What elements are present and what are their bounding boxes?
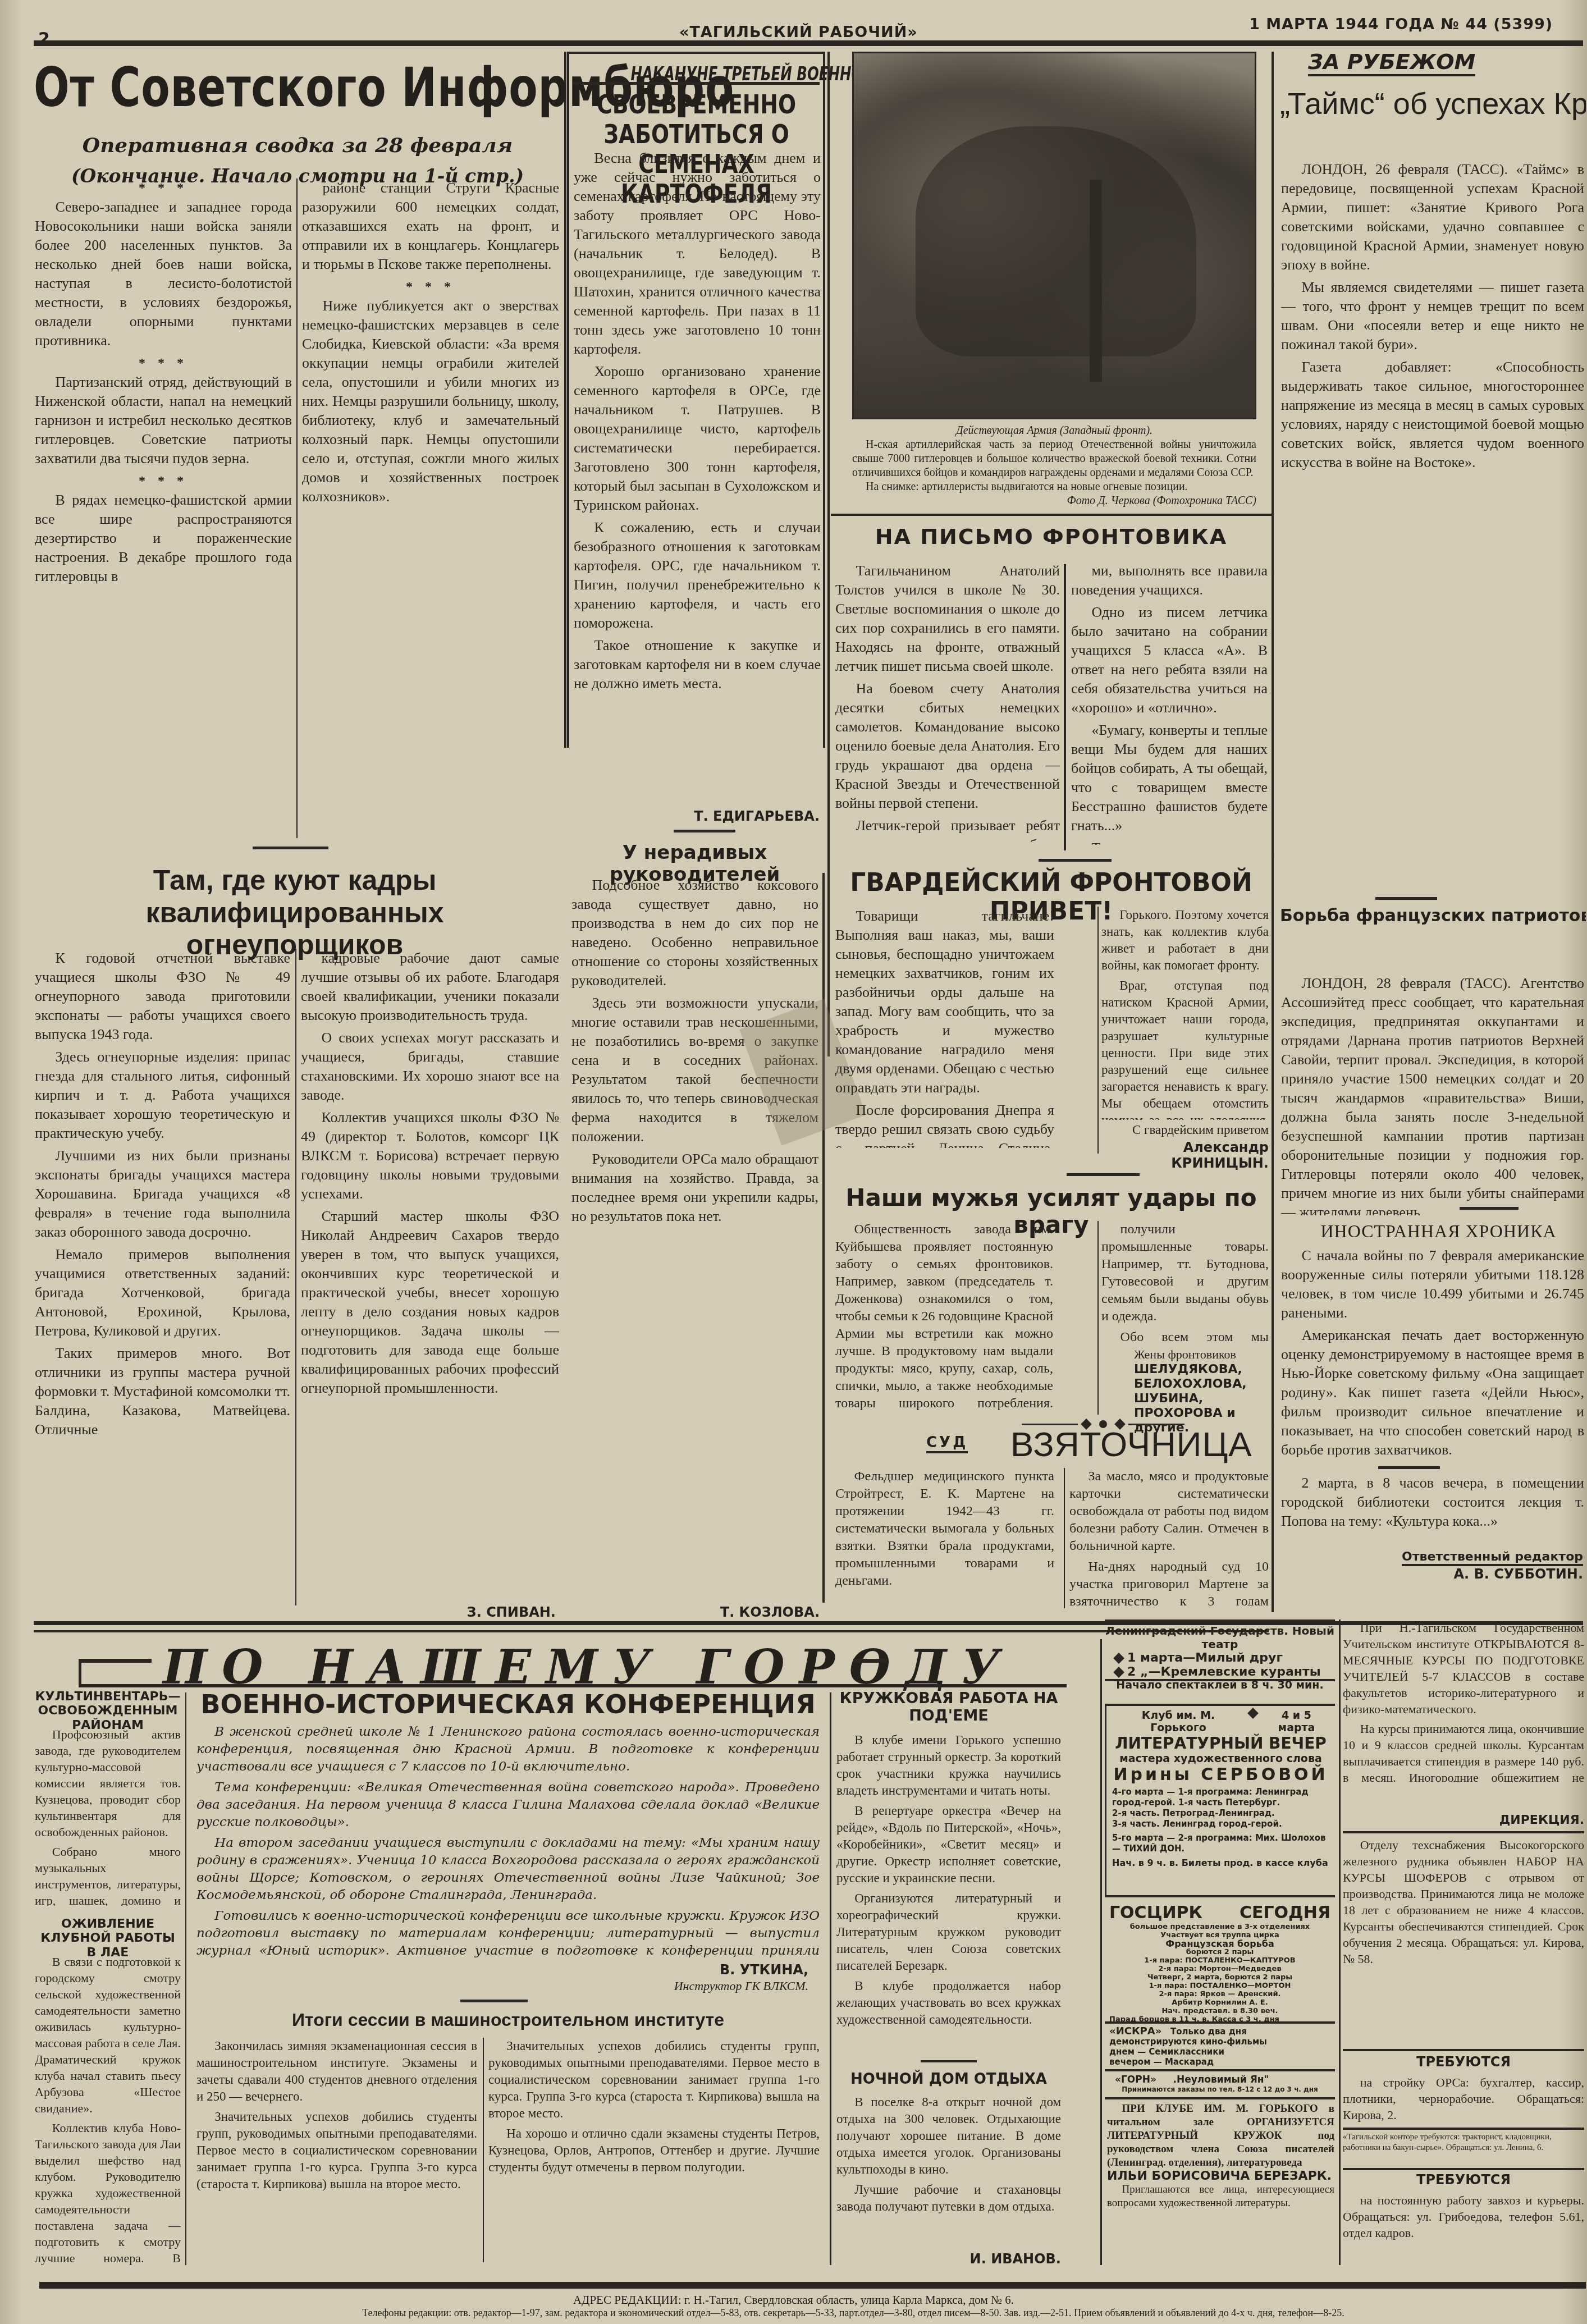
signature-label: Жены фронтовиков	[1134, 1347, 1236, 1361]
lit-start: Нач. в 9 ч. в. Билеты прод. в кассе клуб…	[1106, 1854, 1335, 1868]
iskra-ad: «ИСКРА» Только два дня демонстрируются к…	[1105, 2026, 1335, 2071]
paragraph: Враг, отступая под натиском Красной Арми…	[1101, 977, 1269, 1120]
kult-body: Профсоюзный актив завода, где руководите…	[35, 1726, 181, 1906]
sovinformburo-col-1: * * * Северо-западнее и западнее города …	[35, 179, 292, 835]
paragraph: В репертуаре оркестра «Вечер на рейде», …	[836, 1803, 1061, 1887]
session-col-2: Значительных успехов добились студенты г…	[488, 2038, 820, 2262]
conference-signature: В. УТКИНА,	[561, 1962, 808, 1978]
column-divider	[483, 2038, 484, 2262]
paragraph: На втором заседании учащиеся выступили с…	[196, 1835, 820, 1904]
column-divider	[1272, 52, 1274, 1612]
paragraph: Так возникла переписка летчика-орденонос…	[1071, 839, 1268, 845]
paragraph: на постоянную работу завхоз и курьеры. О…	[1343, 2192, 1584, 2241]
footer-phones: Телефоны редакции: отв. редактор—1-97, з…	[124, 2307, 1583, 2319]
kadry-title-line-1: Там, где куют кадры	[34, 864, 556, 897]
sovinformburo-col-2: районе станции Струги Красные разоружили…	[302, 179, 559, 838]
stars-divider: * * *	[35, 354, 292, 373]
conference-title: ВОЕННО-ИСТОРИЧЕСКАЯ КОНФЕРЕНЦИЯ	[191, 1690, 825, 1719]
paragraph: Профсоюзный актив завода, где руководите…	[35, 1726, 181, 1840]
newspaper-page: 2 «ТАГИЛЬСКИЙ РАБОЧИЙ» 1 МАРТА 1944 ГОДА…	[0, 0, 1587, 2324]
short-rule	[1067, 1173, 1140, 1176]
kicker-rule	[573, 82, 820, 85]
theater-header: Ленинградский Государств. Новый театр	[1105, 1624, 1335, 1651]
times-body: ЛОНДОН, 26 февраля (ТАСС). «Таймс» в пер…	[1281, 160, 1584, 856]
court-kicker-wrap: СУД	[926, 1434, 968, 1453]
front-letter-title: НА ПИСЬМО ФРОНТОВИКА	[831, 525, 1272, 550]
column-divider	[1064, 564, 1066, 850]
guards-col-1: Товарищи тагильчане! Выполняя ваш наказ,…	[835, 907, 1054, 1148]
theater-row: 1 марта—Милый друг	[1105, 1651, 1335, 1665]
lecture-notice: 2 марта, в 8 часов вечера, в помещении г…	[1281, 1474, 1584, 1544]
section-rule	[34, 1630, 1269, 1632]
paragraph: Отделу техснабжения Высокогорского желез…	[1343, 1837, 1584, 1967]
iskra-lines: «ИСКРА» Только два дня демонстрируются к…	[1105, 2026, 1335, 2067]
paragraph: на стройку ОРСа: бухгалтер, кассир, плот…	[1343, 2074, 1584, 2122]
rest-home-body: В поселке 8-а открыт ночной дом отдыха н…	[836, 2094, 1061, 2251]
conference-signature-role: Инструктор ГК ВЛКСМ.	[561, 1979, 808, 1993]
paragraph: Тагильчанином Анатолий Толстов учился в …	[835, 561, 1060, 676]
husbands-col-1: Общественность завода им. Куйбышева проя…	[835, 1221, 1053, 1415]
column-divider	[1339, 1620, 1341, 2265]
paragraph: Здесь огнеупорные изделия: припас гнезда…	[35, 1047, 290, 1143]
required-2-notice: «Тагильской конторе требуются: тракторис…	[1343, 2132, 1584, 2166]
conference-body: В женской средней школе № 1 Ленинского р…	[196, 1723, 820, 1959]
paragraph: Коллектив учащихся школы ФЗО № 49 (дирек…	[301, 1108, 559, 1204]
sovinformburo-article: От Советского Информбюро Оперативная сво…	[34, 61, 561, 187]
chronicle-title: ИНОСТРАННАЯ ХРОНИКА	[1291, 1221, 1586, 1242]
gorn-ad: «ГОРН» .Неуловимый Ян" Принимаются заказ…	[1105, 2074, 1335, 2099]
paragraph: Обо всем этом мы напишем своим мужьям и …	[1101, 1329, 1269, 1344]
paragraph: Таких примеров много. Вот отличники из г…	[35, 1344, 290, 1439]
paragraph: получили промышленные товары. Например, …	[1101, 1221, 1269, 1325]
club-body: В связи с подготовкой к городскому смотр…	[35, 1954, 181, 2268]
sovinformburo-subtitle: Оперативная сводка за 28 февраля	[34, 134, 561, 157]
short-rule	[253, 847, 328, 849]
stars-divider: * * *	[35, 179, 292, 198]
paragraph: кадровые рабочие дают самые лучшие отзыв…	[301, 949, 559, 1025]
paragraph: Мы являемся свидетелями — пишет газета —…	[1281, 278, 1584, 354]
paragraph: С начала войны по 7 февраля американские…	[1281, 1246, 1584, 1323]
notice-rule	[1343, 2128, 1584, 2130]
paragraph: Партизанский отряд, действующий в Ниженс…	[35, 373, 292, 468]
paragraph: На курсы принимаются лица, окончившие 10…	[1343, 1721, 1584, 1782]
lit-circle-invite: Приглашаются все лица, интересующиеся во…	[1107, 2183, 1334, 2210]
kadry-title: Там, где куют кадры квалифицированных ог…	[34, 864, 556, 962]
sovinformburo-title: От Советского Информбюро	[34, 61, 445, 115]
paragraph: На-днях народный суд 10 участка приговор…	[1069, 1558, 1269, 1605]
director-label: ДИРЕКЦИЯ.	[1343, 1813, 1584, 1827]
theater-ad: Ленинградский Государств. Новый театр 1 …	[1105, 1620, 1335, 1681]
paragraph: Летчик-герой призывает ребят хорошо учит…	[835, 816, 1060, 842]
circus-lines: большое представление в 3-х отделениях У…	[1105, 1923, 1335, 2024]
issue-line: 1 МАРТА 1944 ГОДА № 44 (5399)	[1249, 16, 1553, 33]
notice-rule	[1343, 1831, 1584, 1833]
paragraph: В клубе продолжается набор желающих учас…	[836, 1978, 1061, 2028]
paragraph: Американская печать дает восторженную оц…	[1281, 1326, 1584, 1460]
photo-artillery-shape	[916, 126, 1196, 356]
caption-extra: На снимке: артиллеристы выдвигаются на н…	[852, 480, 1256, 494]
circus-title: ГОСЦИРК	[1109, 1903, 1202, 1923]
paragraph: Готовились к военно-исторической конфере…	[196, 1907, 820, 1959]
stars-divider: * * *	[302, 277, 559, 296]
paragraph: К годовой отчетной выставке учащиеся шко…	[35, 949, 290, 1044]
husbands-col-2: получили промышленные товары. Например, …	[1101, 1221, 1269, 1344]
kadry-signature: З. СПИВАН.	[337, 1604, 556, 1620]
column-divider	[295, 949, 296, 1605]
footer-address: АДРЕС РЕДАКЦИИ: г. Н.-Тагил, Свердловска…	[0, 2293, 1587, 2307]
paragraph: Собрано много музыкальных инструментов, …	[35, 1843, 181, 1906]
front-letter-col-2: ми, выполнять все правила поведения учащ…	[1071, 561, 1268, 845]
short-rule	[674, 830, 735, 832]
paragraph: На хорошо и отлично сдали экзамены студе…	[488, 2125, 820, 2176]
lit-master: мастера художественного слова	[1106, 1753, 1335, 1765]
column-divider	[822, 873, 825, 1603]
paragraph: Значительных успехов добились студенты г…	[196, 2108, 477, 2193]
column-divider	[564, 52, 566, 748]
circle-title: КРУЖКОВАЯ РАБОТА НА ПОД'ЕМЕ	[836, 1690, 1061, 1724]
notice-rule	[1343, 2049, 1584, 2051]
paragraph: Общественность завода им. Куйбышева проя…	[835, 1221, 1053, 1415]
column-divider	[1100, 1639, 1102, 2265]
times-title: „Таймс“ об успехах Красной Армии	[1280, 87, 1586, 121]
paragraph: ЛОНДОН, 26 февраля (ТАСС). «Таймс» в пер…	[1281, 160, 1584, 275]
paragraph: На боевом счету Анатолия десятки сбитых …	[835, 679, 1060, 813]
institute-notice: При Н.-Тагильском Государственном Учител…	[1343, 1620, 1584, 1782]
paragraph: К сожалению, есть и случаи безобразного …	[574, 518, 821, 633]
circus-header: ГОСЦИРК СЕГОДНЯ	[1105, 1903, 1335, 1923]
lit-evening-ad: Клуб им. М. Горького4 и 5 марта ЛИТЕРАТУ…	[1105, 1704, 1335, 1897]
paragraph: Организуются литературный и хореографиче…	[836, 1890, 1061, 1974]
paragraph: Фельдшер медицинского пункта Стройтрест,…	[835, 1468, 1054, 1590]
chronicle-body: С начала войны по 7 февраля американские…	[1281, 1246, 1584, 1460]
lit-evening: ЛИТЕРАТУРНЫЙ ВЕЧЕР	[1106, 1734, 1335, 1753]
newspaper-name: «ТАГИЛЬСКИЙ РАБОЧИЙ»	[679, 24, 918, 41]
front-letter-rule	[831, 514, 1272, 516]
paragraph: Значительных успехов добились студенты г…	[488, 2038, 820, 2122]
paragraph: В клубе имени Горького успешно работает …	[836, 1732, 1061, 1799]
court-col-1: Фельдшер медицинского пункта Стройтрест,…	[835, 1468, 1054, 1605]
paragraph: Горького. Поэтому хочется знать, как кол…	[1101, 907, 1269, 974]
short-rule	[1460, 1207, 1519, 1210]
leaders-body: Подсобное хозяйство коксового завода сущ…	[571, 876, 818, 1600]
banner-rule-left	[79, 1659, 152, 1663]
theater-row: 2 „—Кремлевские куранты	[1105, 1665, 1335, 1679]
court-title: ВЗЯТОЧНИЦА	[1010, 1425, 1252, 1465]
short-rule	[460, 2000, 528, 2002]
paragraph: ЛОНДОН, 28 февраля (ТАСС). Агентство Асс…	[1281, 974, 1584, 1215]
front-letter-col-1: Тагильчанином Анатолий Толстов учился в …	[835, 561, 1060, 842]
paragraph: В связи с подготовкой к городскому смотр…	[35, 1954, 181, 2116]
lit-circle-text: ПРИ КЛУБЕ ИМ. М. ГОРЬКОГО в читальном за…	[1107, 2102, 1334, 2170]
paragraph: ми, выполнять все правила поведения учащ…	[1071, 561, 1268, 600]
paragraph: Ниже публикуется акт о зверствах немецко…	[302, 296, 559, 506]
paragraph: Такое отношение к закупке и заготовкам к…	[574, 636, 821, 693]
court-kicker: СУД	[926, 1434, 968, 1453]
banner-rule-right	[853, 1659, 887, 1663]
abroad-section: ЗА РУБЕЖОМ	[1308, 49, 1475, 76]
required-1-body: на стройку ОРСа: бухгалтер, кассир, плот…	[1343, 2074, 1584, 2122]
paragraph: Коллектив клуба Ново-Тагильского завода …	[35, 2120, 181, 2268]
column-divider	[1097, 1221, 1099, 1415]
editor-label: Ответственный редактор	[1402, 1550, 1583, 1566]
required-1-title: ТРЕБУЮТСЯ	[1343, 2055, 1584, 2070]
gorn-note: Принимаются заказы по тел. 8-12 с 12 до …	[1105, 2085, 1335, 2093]
court-col-2: За масло, мясо и продуктовые карточки си…	[1069, 1468, 1269, 1605]
france-title: Борьба французских патриотов против гитл…	[1280, 907, 1586, 926]
editor-block: Ответственный редактор А. В. СУББОТИН.	[1291, 1549, 1583, 1582]
lit-program: 4-го марта — 1-я программа: Ленинград го…	[1106, 1785, 1335, 1854]
lit-name: Ирины СЕРБОВОЙ	[1106, 1765, 1335, 1785]
circle-body: В клубе имени Горького успешно работает …	[836, 1732, 1061, 2057]
paragraph: Руководители ОРСа мало обращают внимания…	[571, 1150, 818, 1226]
required-2-title: ТРЕБУЮТСЯ	[1343, 2172, 1584, 2188]
paragraph: Подсобное хозяйство коксового завода сущ…	[571, 876, 818, 990]
lit-circle-ad: ПРИ КЛУБЕ ИМ. М. ГОРЬКОГО в читальном за…	[1107, 2102, 1334, 2251]
banner-rule-bottom	[79, 1684, 1067, 1687]
potato-signature: Т. ЕДИГАРЬЕВА.	[601, 808, 820, 824]
column-divider	[827, 52, 830, 1056]
session-title: Итоги сессии в машиностроительном инстит…	[191, 2010, 825, 2030]
paragraph: Закончилась зимняя экзаменационная сесси…	[196, 2038, 477, 2105]
footer-rule	[39, 2282, 1586, 2289]
theater-start: Начало спектаклей в 8 ч. 30 мин.	[1105, 1679, 1335, 1691]
paragraph: После форсирования Днепра я твердо решил…	[835, 1101, 1054, 1148]
paragraph: Старший мастер школы ФЗО Николай Андреев…	[301, 1207, 559, 1398]
paragraph: Лучшие рабочие и стахановцы завода получ…	[836, 2181, 1061, 2215]
potato-body: Весна близится с каждым днем и уже сейча…	[574, 149, 821, 800]
abroad-section-wrap: ЗА РУБЕЖОМ	[1308, 49, 1475, 76]
artillery-photo	[852, 52, 1256, 419]
guards-col-2: Горького. Поэтому хочется знать, как кол…	[1101, 907, 1269, 1120]
stars-divider: * * *	[35, 472, 292, 491]
guards-signature: Александр КРИНИЦЫН.	[1101, 1140, 1269, 1171]
short-rule	[921, 2060, 977, 2062]
paragraph: Лучшими из них были признаны экспонаты б…	[35, 1146, 290, 1242]
gorky-club-line: Клуб им. М. Горького4 и 5 марта	[1106, 1706, 1335, 1734]
short-rule	[1375, 897, 1437, 900]
paragraph: В женской средней школе № 1 Ленинского р…	[196, 1723, 820, 1776]
france-body: ЛОНДОН, 28 февраля (ТАСС). Агентство Асс…	[1281, 974, 1584, 1215]
photo-credit: Фото Д. Черкова (Фотохроника ТАСС)	[852, 494, 1256, 508]
leaders-signature: Т. КОЗЛОВА.	[601, 1604, 820, 1620]
short-rule	[1039, 859, 1112, 862]
paragraph: Одно из писем летчика было зачитано на с…	[1071, 603, 1268, 717]
paragraph: «Бумагу, конверты и теплые вещи Мы будем…	[1071, 721, 1268, 835]
column-divider	[1064, 1468, 1065, 1608]
paragraph: В поселке 8-а открыт ночной дом отдыха н…	[836, 2094, 1061, 2178]
notice-rule	[1343, 2168, 1584, 2170]
photo-caption: Действующая Армия (Западный фронт). Н-ск…	[852, 424, 1256, 508]
column-divider	[296, 179, 298, 838]
lit-circle-name: ИЛЬИ БОРИСОВИЧА БЕРЕЗАРК.	[1107, 2170, 1334, 2183]
required-2-body: на постоянную работу завхоз и курьеры. О…	[1343, 2192, 1584, 2262]
hiring-notice: Отделу техснабжения Высокогорского желез…	[1343, 1837, 1584, 2050]
guards-closing: С гвардейским приветом	[1101, 1123, 1269, 1137]
short-rule	[1378, 1466, 1440, 1469]
column-divider	[185, 1692, 186, 2265]
session-col-1: Закончилась зимняя экзаменационная сесси…	[196, 2038, 477, 2262]
paragraph: 2 марта, в 8 часов вечера, в помещении г…	[1281, 1474, 1584, 1531]
paragraph: Товарищи тагильчане! Выполняя ваш наказ,…	[835, 907, 1054, 1097]
paragraph: При Н.-Тагильском Государственном Учител…	[1343, 1620, 1584, 1717]
rest-home-title: НОЧНОЙ ДОМ ОТДЫХА	[836, 2071, 1061, 2088]
paragraph: Газета добавляет: «Способность выдержива…	[1281, 358, 1584, 472]
editor-name: А. В. СУББОТИН.	[1291, 1566, 1583, 1582]
photo-gun-barrel	[1090, 180, 1102, 382]
caption-title: Действующая Армия (Западный фронт).	[852, 424, 1256, 438]
banner-rule-left	[79, 1659, 81, 1684]
paragraph: Весна близится с каждым днем и уже сейча…	[574, 149, 821, 359]
rest-home-signature: И. ИВАНОВ.	[836, 2251, 1061, 2267]
circus-today: СЕГОДНЯ	[1240, 1903, 1330, 1923]
paragraph: Хорошо организовано хранение семенного к…	[574, 362, 821, 515]
paragraph: Северо-западнее и западнее города Новосо…	[35, 198, 292, 350]
caption-body: Н-ская артиллерийская часть за период От…	[852, 438, 1256, 480]
kadry-col-1: К годовой отчетной выставке учащиеся шко…	[35, 949, 290, 1600]
paragraph: Немало примеров выполнения учащимися отв…	[35, 1245, 290, 1341]
gorn-line: «ГОРН» .Неуловимый Ян"	[1105, 2074, 1335, 2085]
masthead-rule	[34, 40, 1583, 46]
column-divider	[830, 1692, 831, 2265]
kadry-col-2: кадровые рабочие дают самые лучшие отзыв…	[301, 949, 559, 1583]
paragraph: Тема конференции: «Великая Отечественная…	[196, 1779, 820, 1831]
paragraph: районе станции Струги Красные разоружили…	[302, 179, 559, 274]
paragraph: За масло, мясо и продуктовые карточки си…	[1069, 1468, 1269, 1555]
paragraph: О своих успехах могут рассказать и учащи…	[301, 1028, 559, 1105]
circus-ad: ГОСЦИРК СЕГОДНЯ большое представление в …	[1105, 1903, 1335, 2024]
column-divider	[1097, 907, 1099, 1154]
paragraph: В рядах немецко-фашистской армии все шир…	[35, 491, 292, 586]
